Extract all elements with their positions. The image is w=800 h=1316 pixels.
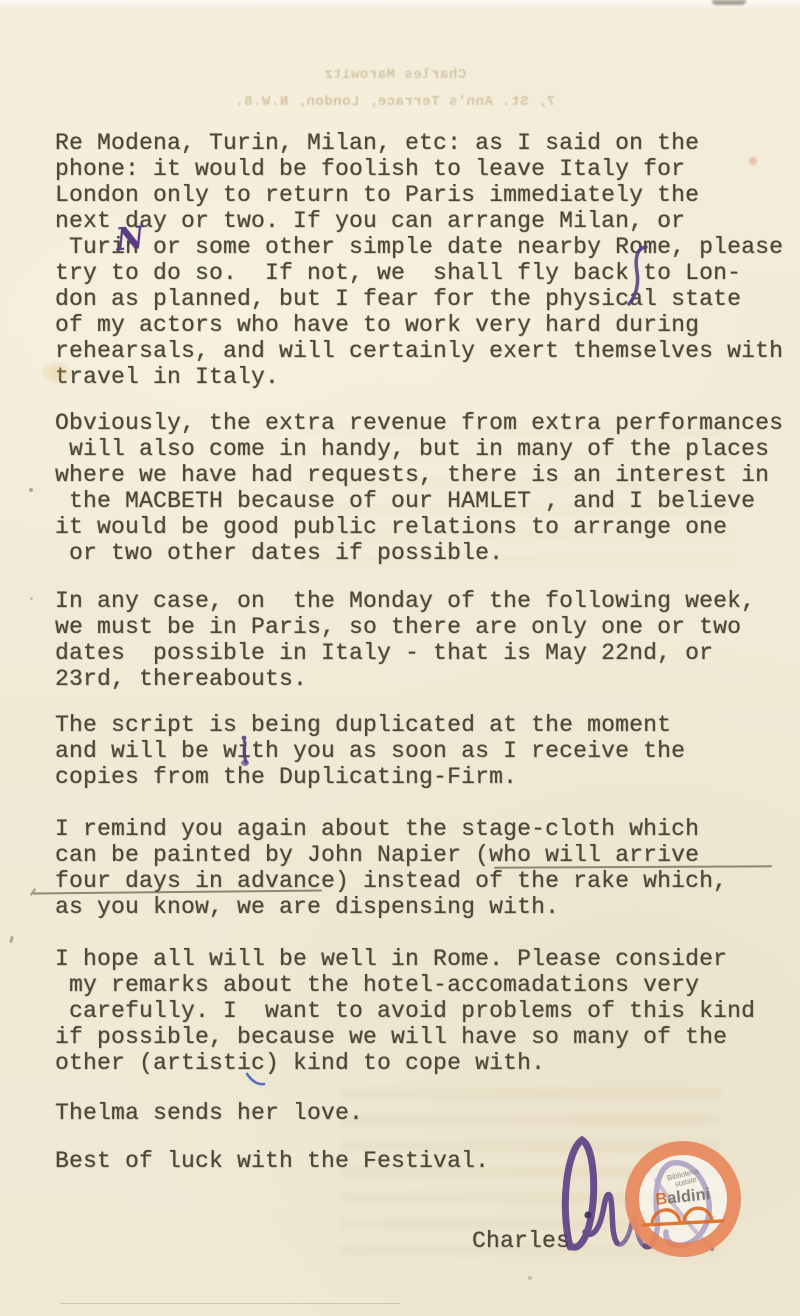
scan-smudge: [712, 0, 746, 5]
paper-speck: [29, 488, 33, 492]
paragraph-4: The script is being duplicated at the mo…: [55, 712, 685, 790]
paper-crease: [60, 1303, 400, 1304]
paper-speck: [9, 936, 13, 943]
library-stamp: Biblioteca statale Baldini: [623, 1139, 743, 1259]
bleedthrough-line1: Charles Marowitz: [195, 62, 595, 89]
paper-stain: [748, 156, 758, 166]
letter-page: Charles Marowitz 7, St. Ann's Terrace, L…: [0, 0, 800, 1316]
closing-best-of-luck: Best of luck with the Festival.: [55, 1148, 489, 1174]
bleedthrough-line2: 7, St. Ann's Terrace, London, N.W.8.: [195, 89, 595, 116]
blue-pen-tick: [245, 1072, 267, 1090]
paper-stain: [42, 362, 72, 384]
signature-ink-blot: [584, 1211, 591, 1218]
paragraph-6: I hope all will be well in Rome. Please …: [55, 946, 755, 1076]
paper-top-edge: [0, 0, 800, 9]
paper-speck: [30, 597, 33, 600]
bleedthrough-address: Charles Marowitz 7, St. Ann's Terrace, L…: [195, 62, 595, 116]
handwriting-insertion-mark: [624, 244, 654, 308]
paper-speck: [528, 1276, 532, 1280]
paragraph-3: In any case, on the Monday of the follow…: [55, 588, 755, 692]
paragraph-2: Obviously, the extra revenue from extra …: [55, 410, 783, 566]
paragraph-1: Re Modena, Turin, Milan, etc: as I said …: [55, 130, 783, 390]
handwriting-n-correction: N: [115, 221, 146, 257]
handwriting-i-correction: [236, 734, 256, 768]
closing-thelma: Thelma sends her love.: [55, 1100, 363, 1126]
